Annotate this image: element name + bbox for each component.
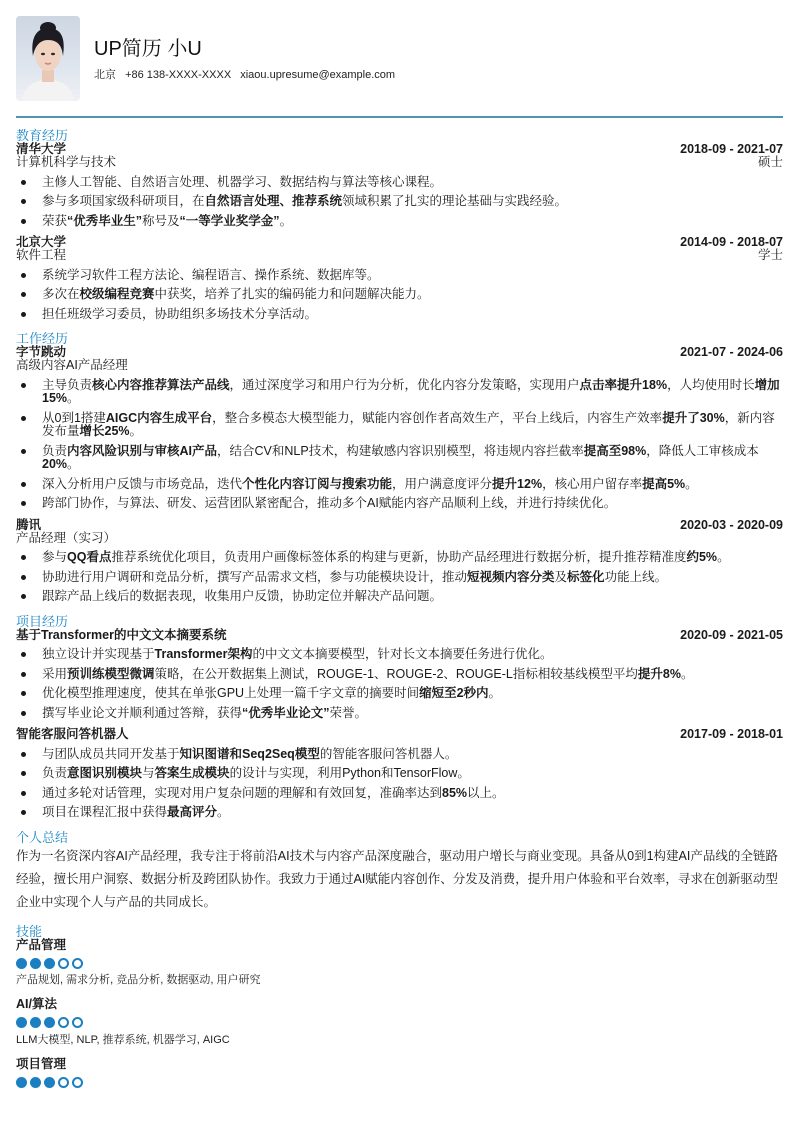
entry-subtitle: 软件工程	[16, 249, 66, 262]
section-title: 技能	[16, 925, 783, 939]
bullet-text: 。	[489, 686, 502, 700]
entry-left: 北京大学软件工程	[16, 236, 66, 262]
skill-item: 产品管理产品规划, 需求分析, 竞品分析, 数据驱动, 用户研究	[16, 939, 783, 988]
entry: 腾讯产品经理（实习）2020-03 - 2020-09参与QQ看点推荐系统优化项…	[16, 519, 783, 604]
bullet-highlight: AIGC内容生成平台	[106, 411, 212, 425]
bullet-highlight: 校级编程竞赛	[80, 287, 155, 301]
bullet-dot-icon	[21, 575, 26, 580]
entry-subtitle: 高级内容AI产品经理	[16, 359, 128, 372]
section-title: 个人总结	[16, 831, 783, 845]
bullet-text: 中获奖，培养了扎实的编码能力和问题解决能力。	[155, 287, 430, 301]
section-skills: 技能产品管理产品规划, 需求分析, 竞品分析, 数据驱动, 用户研究AI/算法L…	[16, 925, 783, 1088]
entry-subtitle: 产品经理（实习）	[16, 532, 116, 545]
bullet-text: ，用户满意度评分	[392, 477, 492, 491]
bullet-text: 荣誉。	[330, 706, 368, 720]
bullet-list: 系统学习软件工程方法论、编程语言、操作系统、数据库等。多次在校级编程竞赛中获奖，…	[16, 269, 783, 322]
entry-right: 2020-09 - 2021-05	[680, 629, 783, 642]
entry-header: 智能客服问答机器人2017-09 - 2018-01	[16, 728, 783, 741]
bullet-text: 称号及	[142, 214, 180, 228]
bullet-highlight: “优秀毕业论文”	[242, 706, 330, 720]
skill-level-rating	[16, 958, 783, 969]
resume-header: UP简历 小U 北京 +86 138-XXXX-XXXX xiaou.upres…	[16, 16, 783, 101]
bullet-dot-icon	[21, 180, 26, 185]
entry-header: 清华大学计算机科学与技术2018-09 - 2021-07硕士	[16, 143, 783, 169]
entry: 字节跳动高级内容AI产品经理2021-07 - 2024-06主导负责核心内容推…	[16, 346, 783, 511]
bullet-text: 与	[142, 766, 155, 780]
bullet-item: 项目在课程汇报中获得最高评分。	[16, 806, 783, 820]
bullet-highlight: 短视频内容分类	[467, 570, 555, 584]
bullet-text: 。	[280, 214, 293, 228]
entry-title: 智能客服问答机器人	[16, 728, 129, 741]
bullet-text: ，结合CV和NLP技术，构建敏感内容识别模型，将违规内容拦截率	[217, 444, 584, 458]
entry-header: 北京大学软件工程2014-09 - 2018-07学士	[16, 236, 783, 262]
bullet-dot-icon	[21, 594, 26, 599]
bullet-text: 以上。	[467, 786, 505, 800]
bullet-item: 系统学习软件工程方法论、编程语言、操作系统、数据库等。	[16, 269, 783, 283]
bullet-dot-icon	[21, 482, 26, 487]
candidate-name: UP简历 小U	[94, 37, 202, 61]
bullet-list: 主修人工智能、自然语言处理、机器学习、数据结构与算法等核心课程。参与多项国家级科…	[16, 176, 783, 229]
bullet-text: 主导负责	[42, 378, 92, 392]
bullet-dot-icon	[21, 771, 26, 776]
skill-name: 产品管理	[16, 939, 783, 952]
bullet-highlight: 增长25%	[80, 424, 130, 438]
bullet-highlight: 提高5%	[642, 477, 685, 491]
entry-date: 2020-03 - 2020-09	[680, 519, 783, 532]
bullet-dot-icon	[21, 501, 26, 506]
bullet-dot-icon	[21, 791, 26, 796]
bullet-text: ，人均使用时长	[667, 378, 755, 392]
person-photo-icon	[16, 16, 80, 101]
entry: 北京大学软件工程2014-09 - 2018-07学士系统学习软件工程方法论、编…	[16, 236, 783, 321]
resume-page: UP简历 小U 北京 +86 138-XXXX-XXXX xiaou.upres…	[16, 16, 783, 101]
entry-date: 2021-07 - 2024-06	[680, 346, 783, 359]
bullet-item: 负责内容风险识别与审核AI产品，结合CV和NLP技术，构建敏感内容识别模型，将违…	[16, 445, 783, 472]
bullet-highlight: 自然语言处理、推荐系统	[205, 194, 343, 208]
bullet-highlight: 个性化内容订阅与搜索功能	[242, 477, 392, 491]
bullet-dot-icon	[21, 273, 26, 278]
contact-phone[interactable]: +86 138-XXXX-XXXX	[125, 69, 231, 81]
bullet-text: 多次在	[42, 287, 80, 301]
header-divider	[16, 116, 783, 118]
bullet-text: ，核心用户留存率	[542, 477, 642, 491]
bullet-text: 独立设计并实现基于	[42, 647, 155, 661]
bullet-text: 的中文文本摘要模型，针对长文本摘要任务进行优化。	[252, 647, 552, 661]
empty-dot-icon	[72, 1077, 83, 1088]
empty-dot-icon	[58, 958, 69, 969]
entry: 智能客服问答机器人2017-09 - 2018-01与团队成员共同开发基于知识图…	[16, 728, 783, 820]
entry-date: 2020-09 - 2021-05	[680, 629, 783, 642]
bullet-text: 的设计与实现，利用Python和TensorFlow。	[230, 766, 470, 780]
bullet-text: 。	[681, 667, 694, 681]
contact-line: 北京 +86 138-XXXX-XXXX xiaou.upresume@exam…	[94, 68, 401, 82]
bullet-dot-icon	[21, 672, 26, 677]
bullet-text: 的智能客服问答机器人。	[320, 747, 458, 761]
bullet-text: 功能上线。	[605, 570, 668, 584]
skill-keywords: LLM大模型, NLP, 推荐系统, 机器学习, AIGC	[16, 1034, 783, 1047]
filled-dot-icon	[44, 1017, 55, 1028]
bullet-item: 独立设计并实现基于Transformer架构的中文文本摘要模型，针对长文本摘要任…	[16, 648, 783, 662]
bullet-text: 通过多轮对话管理，实现对用户复杂问题的理解和有效回复，准确率达到	[42, 786, 442, 800]
entry-left: 字节跳动高级内容AI产品经理	[16, 346, 128, 372]
bullet-list: 参与QQ看点推荐系统优化项目，负责用户画像标签体系的构建与更新，协助产品经理进行…	[16, 551, 783, 604]
section-title: 项目经历	[16, 615, 783, 629]
bullet-item: 担任班级学习委员，协助组织多场技术分享活动。	[16, 308, 783, 322]
bullet-highlight: 标签化	[567, 570, 605, 584]
entry: 清华大学计算机科学与技术2018-09 - 2021-07硕士主修人工智能、自然…	[16, 143, 783, 228]
filled-dot-icon	[30, 958, 41, 969]
bullet-item: 采用预训练模型微调策略，在公开数据集上测试，ROUGE-1、ROUGE-2、RO…	[16, 668, 783, 682]
bullet-text: 跟踪产品上线后的数据表现，收集用户反馈，协助定位并解决产品问题。	[42, 589, 442, 603]
bullet-text: 及	[555, 570, 568, 584]
entry-header: 腾讯产品经理（实习）2020-03 - 2020-09	[16, 519, 783, 545]
bullet-highlight: 提高至98%	[584, 444, 647, 458]
bullet-text: 参与	[42, 550, 67, 564]
section-title: 教育经历	[16, 129, 783, 143]
filled-dot-icon	[16, 1017, 27, 1028]
bullet-item: 荣获“优秀毕业生”称号及“一等学业奖学金”。	[16, 215, 783, 229]
bullet-text: 撰写毕业论文并顺利通过答辩，获得	[42, 706, 242, 720]
bullet-text: 推荐系统优化项目，负责用户画像标签体系的构建与更新，协助产品经理进行数据分析，提…	[111, 550, 686, 564]
entry-title: 基于Transformer的中文文本摘要系统	[16, 629, 226, 642]
bullet-item: 通过多轮对话管理，实现对用户复杂问题的理解和有效回复，准确率达到85%以上。	[16, 787, 783, 801]
bullet-dot-icon	[21, 199, 26, 204]
bullet-text: 。	[67, 391, 80, 405]
bullet-dot-icon	[21, 383, 26, 388]
bullet-text: 。	[217, 805, 230, 819]
entry-right: 2020-03 - 2020-09	[680, 519, 783, 532]
entry-left: 清华大学计算机科学与技术	[16, 143, 116, 169]
bullet-text: ，降低人工审核成本	[646, 444, 759, 458]
bullet-dot-icon	[21, 219, 26, 224]
empty-dot-icon	[72, 1017, 83, 1028]
bullet-text: ，通过深度学习和用户行为分析，优化内容分发策略，实现用户	[230, 378, 580, 392]
bullet-text: 跨部门协作，与算法、研发、运营团队紧密配合，推动多个AI赋能内容产品顺利上线，并…	[42, 496, 616, 510]
empty-dot-icon	[72, 958, 83, 969]
skill-item: 项目管理	[16, 1058, 783, 1088]
bullet-highlight: 提升8%	[638, 667, 681, 681]
bullet-text: 系统学习软件工程方法论、编程语言、操作系统、数据库等。	[42, 268, 380, 282]
bullet-dot-icon	[21, 312, 26, 317]
bullet-text: 领域积累了扎实的理论基础与实践经验。	[342, 194, 567, 208]
section-education: 教育经历清华大学计算机科学与技术2018-09 - 2021-07硕士主修人工智…	[16, 129, 783, 321]
entry-right: 2017-09 - 2018-01	[680, 728, 783, 741]
entry-header: 基于Transformer的中文文本摘要系统2020-09 - 2021-05	[16, 629, 783, 642]
bullet-highlight: 提升12%	[492, 477, 542, 491]
summary-paragraph: 作为一名资深内容AI产品经理，我专注于将前沿AI技术与内容产品深度融合，驱动用户…	[16, 845, 783, 914]
bullet-text: 从0到1搭建	[42, 411, 106, 425]
bullet-highlight: 核心内容推荐算法产品线	[92, 378, 230, 392]
skill-item: AI/算法LLM大模型, NLP, 推荐系统, 机器学习, AIGC	[16, 998, 783, 1047]
bullet-highlight: “优秀毕业生”	[67, 214, 142, 228]
bullet-item: 主导负责核心内容推荐算法产品线，通过深度学习和用户行为分析，优化内容分发策略，实…	[16, 379, 783, 406]
contact-email[interactable]: xiaou.upresume@example.com	[240, 69, 395, 81]
entry-degree: 硕士	[680, 156, 783, 169]
bullet-text: 。	[130, 424, 143, 438]
bullet-item: 优化模型推理速度，使其在单张GPU上处理一篇千字文章的摘要时间缩短至2秒内。	[16, 687, 783, 701]
entry-left: 基于Transformer的中文文本摘要系统	[16, 629, 226, 642]
bullet-item: 参与多项国家级科研项目，在自然语言处理、推荐系统领域积累了扎实的理论基础与实践经…	[16, 195, 783, 209]
bullet-highlight: 85%	[442, 786, 467, 800]
bullet-highlight: 内容风险识别与审核AI产品	[67, 444, 217, 458]
bullet-text: 。	[685, 477, 698, 491]
bullet-text: 。	[67, 457, 80, 471]
bullet-dot-icon	[21, 652, 26, 657]
resume-body: 教育经历清华大学计算机科学与技术2018-09 - 2021-07硕士主修人工智…	[16, 129, 783, 1088]
entry-right: 2014-09 - 2018-07学士	[680, 236, 783, 262]
filled-dot-icon	[30, 1017, 41, 1028]
bullet-dot-icon	[21, 555, 26, 560]
entry-title: 腾讯	[16, 519, 116, 532]
bullet-item: 负责意图识别模块与答案生成模块的设计与实现，利用Python和TensorFlo…	[16, 767, 783, 781]
filled-dot-icon	[44, 1077, 55, 1088]
bullet-item: 跟踪产品上线后的数据表现，收集用户反馈，协助定位并解决产品问题。	[16, 590, 783, 604]
bullet-highlight: 提升了30%	[662, 411, 725, 425]
entry-date: 2017-09 - 2018-01	[680, 728, 783, 741]
bullet-text: 参与多项国家级科研项目，在	[42, 194, 205, 208]
entry-header: 字节跳动高级内容AI产品经理2021-07 - 2024-06	[16, 346, 783, 372]
bullet-item: 深入分析用户反馈与市场竞品，迭代个性化内容订阅与搜索功能，用户满意度评分提升12…	[16, 478, 783, 492]
skill-name: AI/算法	[16, 998, 783, 1011]
bullet-text: 负责	[42, 444, 67, 458]
bullet-dot-icon	[21, 416, 26, 421]
entry-degree: 学士	[680, 249, 783, 262]
bullet-highlight: 意图识别模块	[67, 766, 142, 780]
bullet-item: 从0到1搭建AIGC内容生成平台，整合多模态大模型能力，赋能内容创作者高效生产，…	[16, 412, 783, 439]
entry: 基于Transformer的中文文本摘要系统2020-09 - 2021-05独…	[16, 629, 783, 721]
bullet-text: 策略，在公开数据集上测试，ROUGE-1、ROUGE-2、ROUGE-L指标相较…	[155, 667, 638, 681]
bullet-item: 参与QQ看点推荐系统优化项目，负责用户画像标签体系的构建与更新，协助产品经理进行…	[16, 551, 783, 565]
bullet-list: 与团队成员共同开发基于知识图谱和Seq2Seq模型的智能客服问答机器人。负责意图…	[16, 748, 783, 820]
entry-right: 2018-09 - 2021-07硕士	[680, 143, 783, 169]
skill-level-rating	[16, 1077, 783, 1088]
bullet-list: 主导负责核心内容推荐算法产品线，通过深度学习和用户行为分析，优化内容分发策略，实…	[16, 379, 783, 511]
bullet-dot-icon	[21, 449, 26, 454]
bullet-highlight: 最高评分	[167, 805, 217, 819]
bullet-text: 担任班级学习委员，协助组织多场技术分享活动。	[42, 307, 317, 321]
section-summary: 个人总结作为一名资深内容AI产品经理，我专注于将前沿AI技术与内容产品深度融合，…	[16, 831, 783, 914]
filled-dot-icon	[16, 1077, 27, 1088]
filled-dot-icon	[16, 958, 27, 969]
bullet-text: 协助进行用户调研和竞品分析，撰写产品需求文档，参与功能模块设计，推动	[42, 570, 467, 584]
bullet-item: 跨部门协作，与算法、研发、运营团队紧密配合，推动多个AI赋能内容产品顺利上线，并…	[16, 497, 783, 511]
bullet-item: 撰写毕业论文并顺利通过答辩，获得“优秀毕业论文”荣誉。	[16, 707, 783, 721]
bullet-highlight: 约5%	[686, 550, 717, 564]
bullet-item: 主修人工智能、自然语言处理、机器学习、数据结构与算法等核心课程。	[16, 176, 783, 190]
bullet-text: 与团队成员共同开发基于	[42, 747, 180, 761]
skill-keywords: 产品规划, 需求分析, 竞品分析, 数据驱动, 用户研究	[16, 974, 783, 987]
bullet-text: ，整合多模态大模型能力，赋能内容创作者高效生产，平台上线后，内容生产效率	[212, 411, 662, 425]
bullet-dot-icon	[21, 752, 26, 757]
entry-left: 智能客服问答机器人	[16, 728, 129, 741]
bullet-dot-icon	[21, 711, 26, 716]
bullet-dot-icon	[21, 810, 26, 815]
bullet-highlight: 缩短至2秒内	[419, 686, 488, 700]
section-work: 工作经历字节跳动高级内容AI产品经理2021-07 - 2024-06主导负责核…	[16, 332, 783, 604]
entry-left: 腾讯产品经理（实习）	[16, 519, 116, 545]
bullet-text: 主修人工智能、自然语言处理、机器学习、数据结构与算法等核心课程。	[42, 175, 442, 189]
bullet-dot-icon	[21, 691, 26, 696]
bullet-text: 深入分析用户反馈与市场竞品，迭代	[42, 477, 242, 491]
entry-subtitle: 计算机科学与技术	[16, 156, 116, 169]
bullet-highlight: 知识图谱和Seq2Seq模型	[180, 747, 320, 761]
bullet-highlight: “一等学业奖学金”	[180, 214, 280, 228]
bullet-highlight: Transformer架构	[155, 647, 253, 661]
bullet-highlight: 点击率提升18%	[580, 378, 668, 392]
bullet-text: 采用	[42, 667, 67, 681]
bullet-text: 负责	[42, 766, 67, 780]
bullet-item: 多次在校级编程竞赛中获奖，培养了扎实的编码能力和问题解决能力。	[16, 288, 783, 302]
section-title: 工作经历	[16, 332, 783, 346]
bullet-text: 优化模型推理速度，使其在单张GPU上处理一篇千字文章的摘要时间	[42, 686, 419, 700]
filled-dot-icon	[30, 1077, 41, 1088]
empty-dot-icon	[58, 1077, 69, 1088]
bullet-highlight: 预训练模型微调	[67, 667, 155, 681]
bullet-item: 协助进行用户调研和竞品分析，撰写产品需求文档，参与功能模块设计，推动短视频内容分…	[16, 571, 783, 585]
skill-level-rating	[16, 1017, 783, 1028]
portrait-photo	[16, 16, 80, 101]
bullet-text: 荣获	[42, 214, 67, 228]
bullet-highlight: 答案生成模块	[155, 766, 230, 780]
entry-right: 2021-07 - 2024-06	[680, 346, 783, 359]
filled-dot-icon	[44, 958, 55, 969]
bullet-text: 。	[717, 550, 730, 564]
bullet-highlight: 20%	[42, 457, 67, 471]
bullet-dot-icon	[21, 292, 26, 297]
bullet-list: 独立设计并实现基于Transformer架构的中文文本摘要模型，针对长文本摘要任…	[16, 648, 783, 720]
section-projects: 项目经历基于Transformer的中文文本摘要系统2020-09 - 2021…	[16, 615, 783, 820]
bullet-item: 与团队成员共同开发基于知识图谱和Seq2Seq模型的智能客服问答机器人。	[16, 748, 783, 762]
bullet-highlight: QQ看点	[67, 550, 111, 564]
bullet-text: 项目在课程汇报中获得	[42, 805, 167, 819]
skill-name: 项目管理	[16, 1058, 783, 1071]
contact-city: 北京	[94, 69, 116, 81]
empty-dot-icon	[58, 1017, 69, 1028]
